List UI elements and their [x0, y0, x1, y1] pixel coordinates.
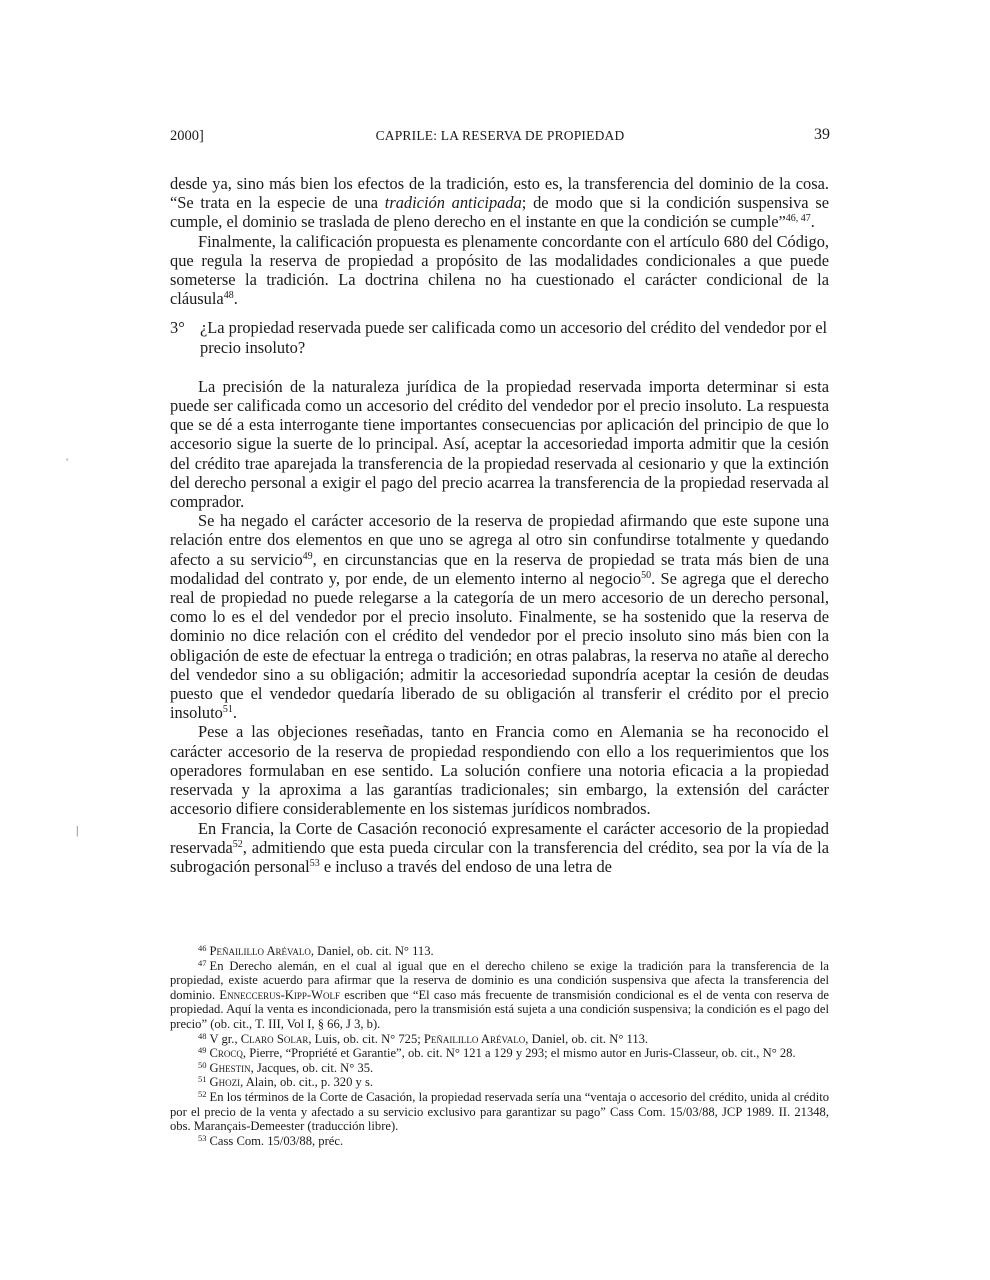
- paragraph-3: La precisión de la naturaleza jurídica d…: [170, 377, 829, 511]
- footnote-ref[interactable]: 50: [641, 570, 651, 581]
- text: Cass Com. 15/03/88, préc.: [210, 1134, 344, 1148]
- author-name: Peñailillo Arévalo: [210, 944, 311, 958]
- text: .: [811, 212, 815, 231]
- author-name: Peñailillo Arévalo: [424, 1032, 525, 1046]
- footnote-51: 51Ghozi, Alain, ob. cit., p. 320 y s.: [170, 1075, 829, 1090]
- footnote-number: 50: [198, 1060, 207, 1070]
- scan-speck: |: [76, 823, 78, 838]
- paragraph-4: Se ha negado el carácter accesorio de la…: [170, 511, 829, 722]
- footnote-46: 46Peñailillo Arévalo, Daniel, ob. cit. N…: [170, 944, 829, 959]
- text: .: [234, 289, 238, 308]
- document-page: 2000] CAPRILE: LA RESERVA DE PROPIEDAD 3…: [0, 0, 990, 1280]
- text: Finalmente, la calificación propuesta es…: [170, 232, 829, 309]
- footnote-ref[interactable]: 46, 47: [786, 213, 811, 224]
- footnote-number: 46: [198, 943, 207, 953]
- paragraph-5: Pese a las objeciones reseñadas, tanto e…: [170, 722, 829, 818]
- paragraph-1: desde ya, sino más bien los efectos de l…: [170, 174, 829, 232]
- section-number: 3°: [170, 318, 185, 337]
- footnote-52: 52En los términos de la Corte de Casació…: [170, 1090, 829, 1134]
- text: , Pierre, “Propriété et Garantie”, ob. c…: [243, 1046, 796, 1060]
- footnote-number: 52: [198, 1089, 207, 1099]
- author-name: Crocq: [210, 1046, 243, 1060]
- footnote-ref[interactable]: 49: [303, 551, 313, 562]
- author-name: Ghestin: [210, 1061, 251, 1075]
- text: , Jacques, ob. cit. N° 35.: [251, 1061, 374, 1075]
- footnote-number: 47: [198, 958, 207, 968]
- footnote-53: 53Cass Com. 15/03/88, préc.: [170, 1134, 829, 1149]
- footnote-number: 48: [198, 1031, 207, 1041]
- text: , Daniel, ob. cit. N° 113.: [525, 1032, 648, 1046]
- footnote-ref[interactable]: 53: [310, 858, 320, 869]
- footnote-ref[interactable]: 52: [233, 839, 243, 850]
- text: , Luis, ob. cit. N° 725;: [308, 1032, 424, 1046]
- text: V gr.,: [210, 1032, 241, 1046]
- footnote-number: 51: [198, 1074, 207, 1084]
- body-text: desde ya, sino más bien los efectos de l…: [170, 174, 829, 876]
- running-title: CAPRILE: LA RESERVA DE PROPIEDAD: [170, 128, 830, 144]
- text: En los términos de la Corte de Casación,…: [170, 1090, 829, 1133]
- paragraph-2: Finalmente, la calificación propuesta es…: [170, 232, 829, 309]
- page-number: 39: [814, 126, 830, 144]
- footnote-50: 50Ghestin, Jacques, ob. cit. N° 35.: [170, 1061, 829, 1076]
- running-header: 2000] CAPRILE: LA RESERVA DE PROPIEDAD 3…: [170, 126, 830, 148]
- author-name: Enneccerus-Kipp-Wolf: [219, 988, 340, 1002]
- footnote-ref[interactable]: 48: [224, 290, 234, 301]
- section-heading: 3° ¿La propiedad reservada puede ser cal…: [170, 318, 829, 356]
- text: .: [233, 703, 237, 722]
- footnote-47: 47En Derecho alemán, en el cual al igual…: [170, 959, 829, 1032]
- section-title: ¿La propiedad reservada puede ser califi…: [200, 318, 827, 356]
- text: , Alain, ob. cit., p. 320 y s.: [240, 1075, 373, 1089]
- text: , Daniel, ob. cit. N° 113.: [311, 944, 434, 958]
- footnote-number: 49: [198, 1045, 207, 1055]
- footnote-49: 49Crocq, Pierre, “Propriété et Garantie”…: [170, 1046, 829, 1061]
- footnotes: 46Peñailillo Arévalo, Daniel, ob. cit. N…: [170, 944, 829, 1148]
- footnote-number: 53: [198, 1133, 207, 1143]
- emphasis: tradición anticipada: [385, 193, 522, 212]
- footnote-ref[interactable]: 51: [223, 704, 233, 715]
- text: . Se agrega que el derecho real de propi…: [170, 569, 829, 722]
- footnote-48: 48V gr., Claro Solar, Luis, ob. cit. N° …: [170, 1032, 829, 1047]
- scan-speck: ': [66, 455, 68, 470]
- author-name: Claro Solar: [241, 1032, 309, 1046]
- text: e incluso a través del endoso de una let…: [320, 857, 612, 876]
- author-name: Ghozi: [210, 1075, 241, 1089]
- paragraph-6: En Francia, la Corte de Casación reconoc…: [170, 819, 829, 877]
